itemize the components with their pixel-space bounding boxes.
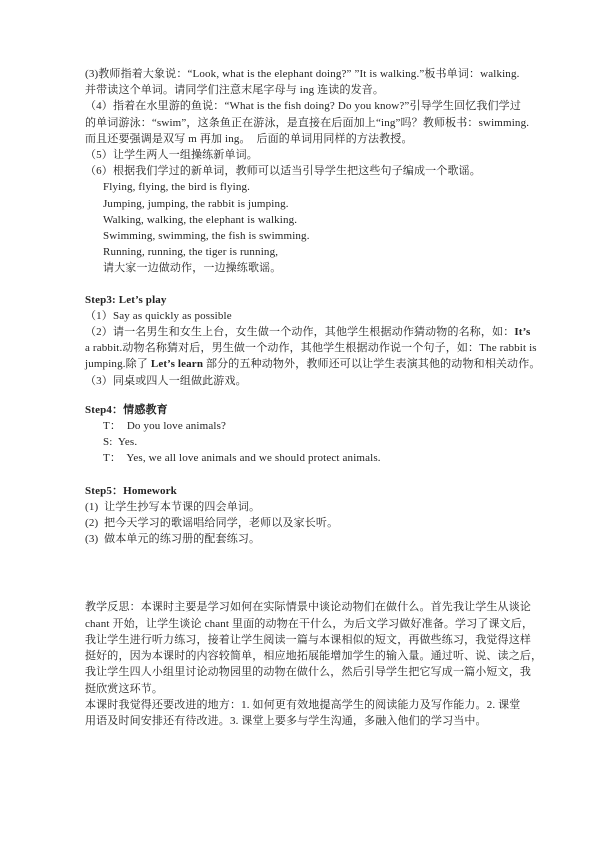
document-body: (3)教师指着大象说：“Look, what is the elephant d… [85, 66, 518, 729]
text-segment: 部分的五种动物外，教师还可以让学生表演其他的动物和相关动作。 [203, 358, 540, 370]
text-line: （4）指着在水里游的鱼说：“What is the fish doing? Do… [85, 98, 518, 114]
text-line: 本课时我觉得还要改进的地方：1. 如何更有效地提高学生的阅读能力及写作能力。2.… [85, 697, 518, 713]
text-line: （6）根据我们学过的新单词，教师可以适当引导学生把这些句子编成一个歌谣。 [85, 163, 518, 179]
chant-line: Walking, walking, the elephant is walkin… [103, 212, 518, 228]
dialogue-line: S: Yes. [103, 434, 518, 450]
text-line: 我让学生进行听力练习，接着让学生阅读一篇与本课相似的短文，再做些练习，我觉得这样 [85, 632, 518, 648]
text-line: 而且还要强调是双写 m 再加 ing。 后面的单词用同样的方法教授。 [85, 131, 518, 147]
text-line: chant 开始，让学生谈论 chant 里面的动物在干什么，为后文学习做好准备… [85, 616, 518, 632]
teaching-steps-paragraph: (3)教师指着大象说：“Look, what is the elephant d… [85, 66, 518, 179]
chant-block: Flying, flying, the bird is flying. Jump… [85, 179, 518, 276]
text-segment: （2）请一名男生和女生上台，女生做一个动作，其他学生根据动作猜动物的名称，如： [85, 326, 514, 338]
chant-line: 请大家一边做动作，一边操练歌谣。 [103, 260, 518, 276]
chant-line: Swimming, swimming, the fish is swimming… [103, 228, 518, 244]
text-line: （2）请一名男生和女生上台，女生做一个动作，其他学生根据动作猜动物的名称，如：I… [85, 324, 518, 340]
step4-heading: Step4：情感教育 [85, 402, 518, 418]
dialogue-line: T： Do you love animals? [103, 418, 518, 434]
text-line: a rabbit.动物名称猜对后，男生做一个动作，其他学生根据动作说一个句子，如… [85, 340, 518, 356]
text-line: （5）让学生两人一组操练新单词。 [85, 147, 518, 163]
chant-line: Flying, flying, the bird is flying. [103, 179, 518, 195]
text-line: (3)教师指着大象说：“Look, what is the elephant d… [85, 66, 518, 82]
text-line: 挺欣赏这环节。 [85, 681, 518, 697]
step5-heading: Step5：Homework [85, 483, 518, 499]
homework-item: (1) 让学生抄写本节课的四会单词。 [85, 499, 518, 515]
homework-item: (2) 把今天学习的歌谣唱给同学，老师以及家长听。 [85, 515, 518, 531]
text-line: jumping.除了 Let’s learn 部分的五种动物外，教师还可以让学生… [85, 356, 518, 372]
text-line: 教学反思：本课时主要是学习如何在实际情景中谈论动物们在做什么。首先我让学生从谈论 [85, 599, 518, 615]
text-line: 并带读这个单词。请同学们注意末尾字母与 ing 连读的发音。 [85, 82, 518, 98]
text-line: （1）Say as quickly as possible [85, 308, 518, 324]
text-line: 我让学生四人小组里讨论动物园里的动物在做什么，然后引导学生把它写成一篇小短文，我 [85, 664, 518, 680]
section-step3: Step3: Let’s play （1）Say as quickly as p… [85, 292, 518, 389]
text-line: 用语及时间安排还有待改进。3. 课堂上要多与学生沟通，多融入他们的学习当中。 [85, 713, 518, 729]
text-segment-bold: Let’s learn [151, 358, 203, 370]
dialogue-block: T： Do you love animals? S: Yes. T： Yes, … [85, 418, 518, 467]
text-segment-bold: It’s [514, 326, 530, 338]
section-step4: Step4：情感教育 T： Do you love animals? S: Ye… [85, 402, 518, 467]
text-segment: jumping.除了 [85, 358, 151, 370]
chant-line: Jumping, jumping, the rabbit is jumping. [103, 196, 518, 212]
text-line: （3）同桌或四人一组做此游戏。 [85, 373, 518, 389]
chant-line: Running, running, the tiger is running, [103, 244, 518, 260]
document-page: { "page": { "background_color": "#ffffff… [0, 0, 595, 842]
homework-item: (3) 做本单元的练习册的配套练习。 [85, 531, 518, 547]
text-line: 的单词游泳：“swim”，这条鱼正在游泳，是直接在后面加上“ing”吗？教师板书… [85, 115, 518, 131]
section-step5: Step5：Homework (1) 让学生抄写本节课的四会单词。 (2) 把今… [85, 483, 518, 548]
reflection-paragraph: 教学反思：本课时主要是学习如何在实际情景中谈论动物们在做什么。首先我让学生从谈论… [85, 599, 518, 729]
text-line: 挺好的，因为本课时的内容较简单，相应地拓展能增加学生的输入量。通过听、说、读之后… [85, 648, 518, 664]
dialogue-line: T： Yes, we all love animals and we shoul… [103, 450, 518, 466]
step3-heading: Step3: Let’s play [85, 292, 518, 308]
